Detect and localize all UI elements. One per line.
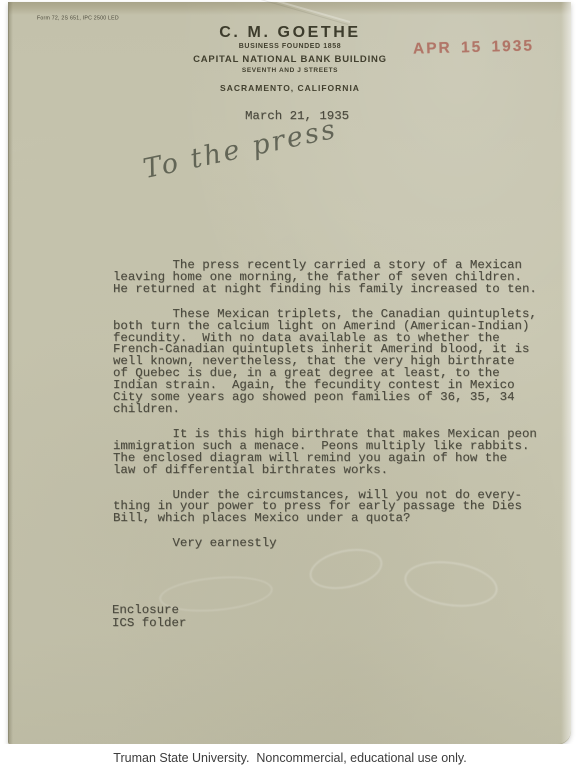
enclosure-note: Enclosure ICS folder (112, 604, 186, 629)
scanned-letter-page: Form 72, 2S 651, IPC 2500 LED C. M. GOET… (0, 0, 580, 772)
paragraph-2: These Mexican triplets, the Canadian qui… (113, 309, 543, 416)
paragraph-1: The press recently carried a story of a … (113, 260, 543, 296)
handwritten-note: To the press (141, 114, 341, 185)
paper-crease-shadow (257, 0, 349, 25)
paper-crease (259, 0, 351, 23)
paragraph-4: Under the circumstances, will you not do… (113, 490, 543, 526)
form-number: Form 72, 2S 651, IPC 2500 LED (37, 15, 119, 21)
paragraph-3: It is this high birthrate that makes Mex… (113, 429, 543, 477)
letter-body: The press recently carried a story of a … (113, 260, 543, 563)
received-date-stamp: APR 15 1935 (413, 37, 534, 58)
embossed-impression (401, 556, 500, 613)
letterhead-city: SACRAMENTO, CALIFORNIA (9, 83, 571, 93)
archive-footer-caption: Truman State University. Noncommercial, … (0, 744, 580, 772)
letterhead-streets: SEVENTH AND J STREETS (9, 67, 571, 74)
closing-line: Very earnestly (113, 538, 543, 550)
letter-paper: Form 72, 2S 651, IPC 2500 LED C. M. GOET… (8, 2, 571, 745)
